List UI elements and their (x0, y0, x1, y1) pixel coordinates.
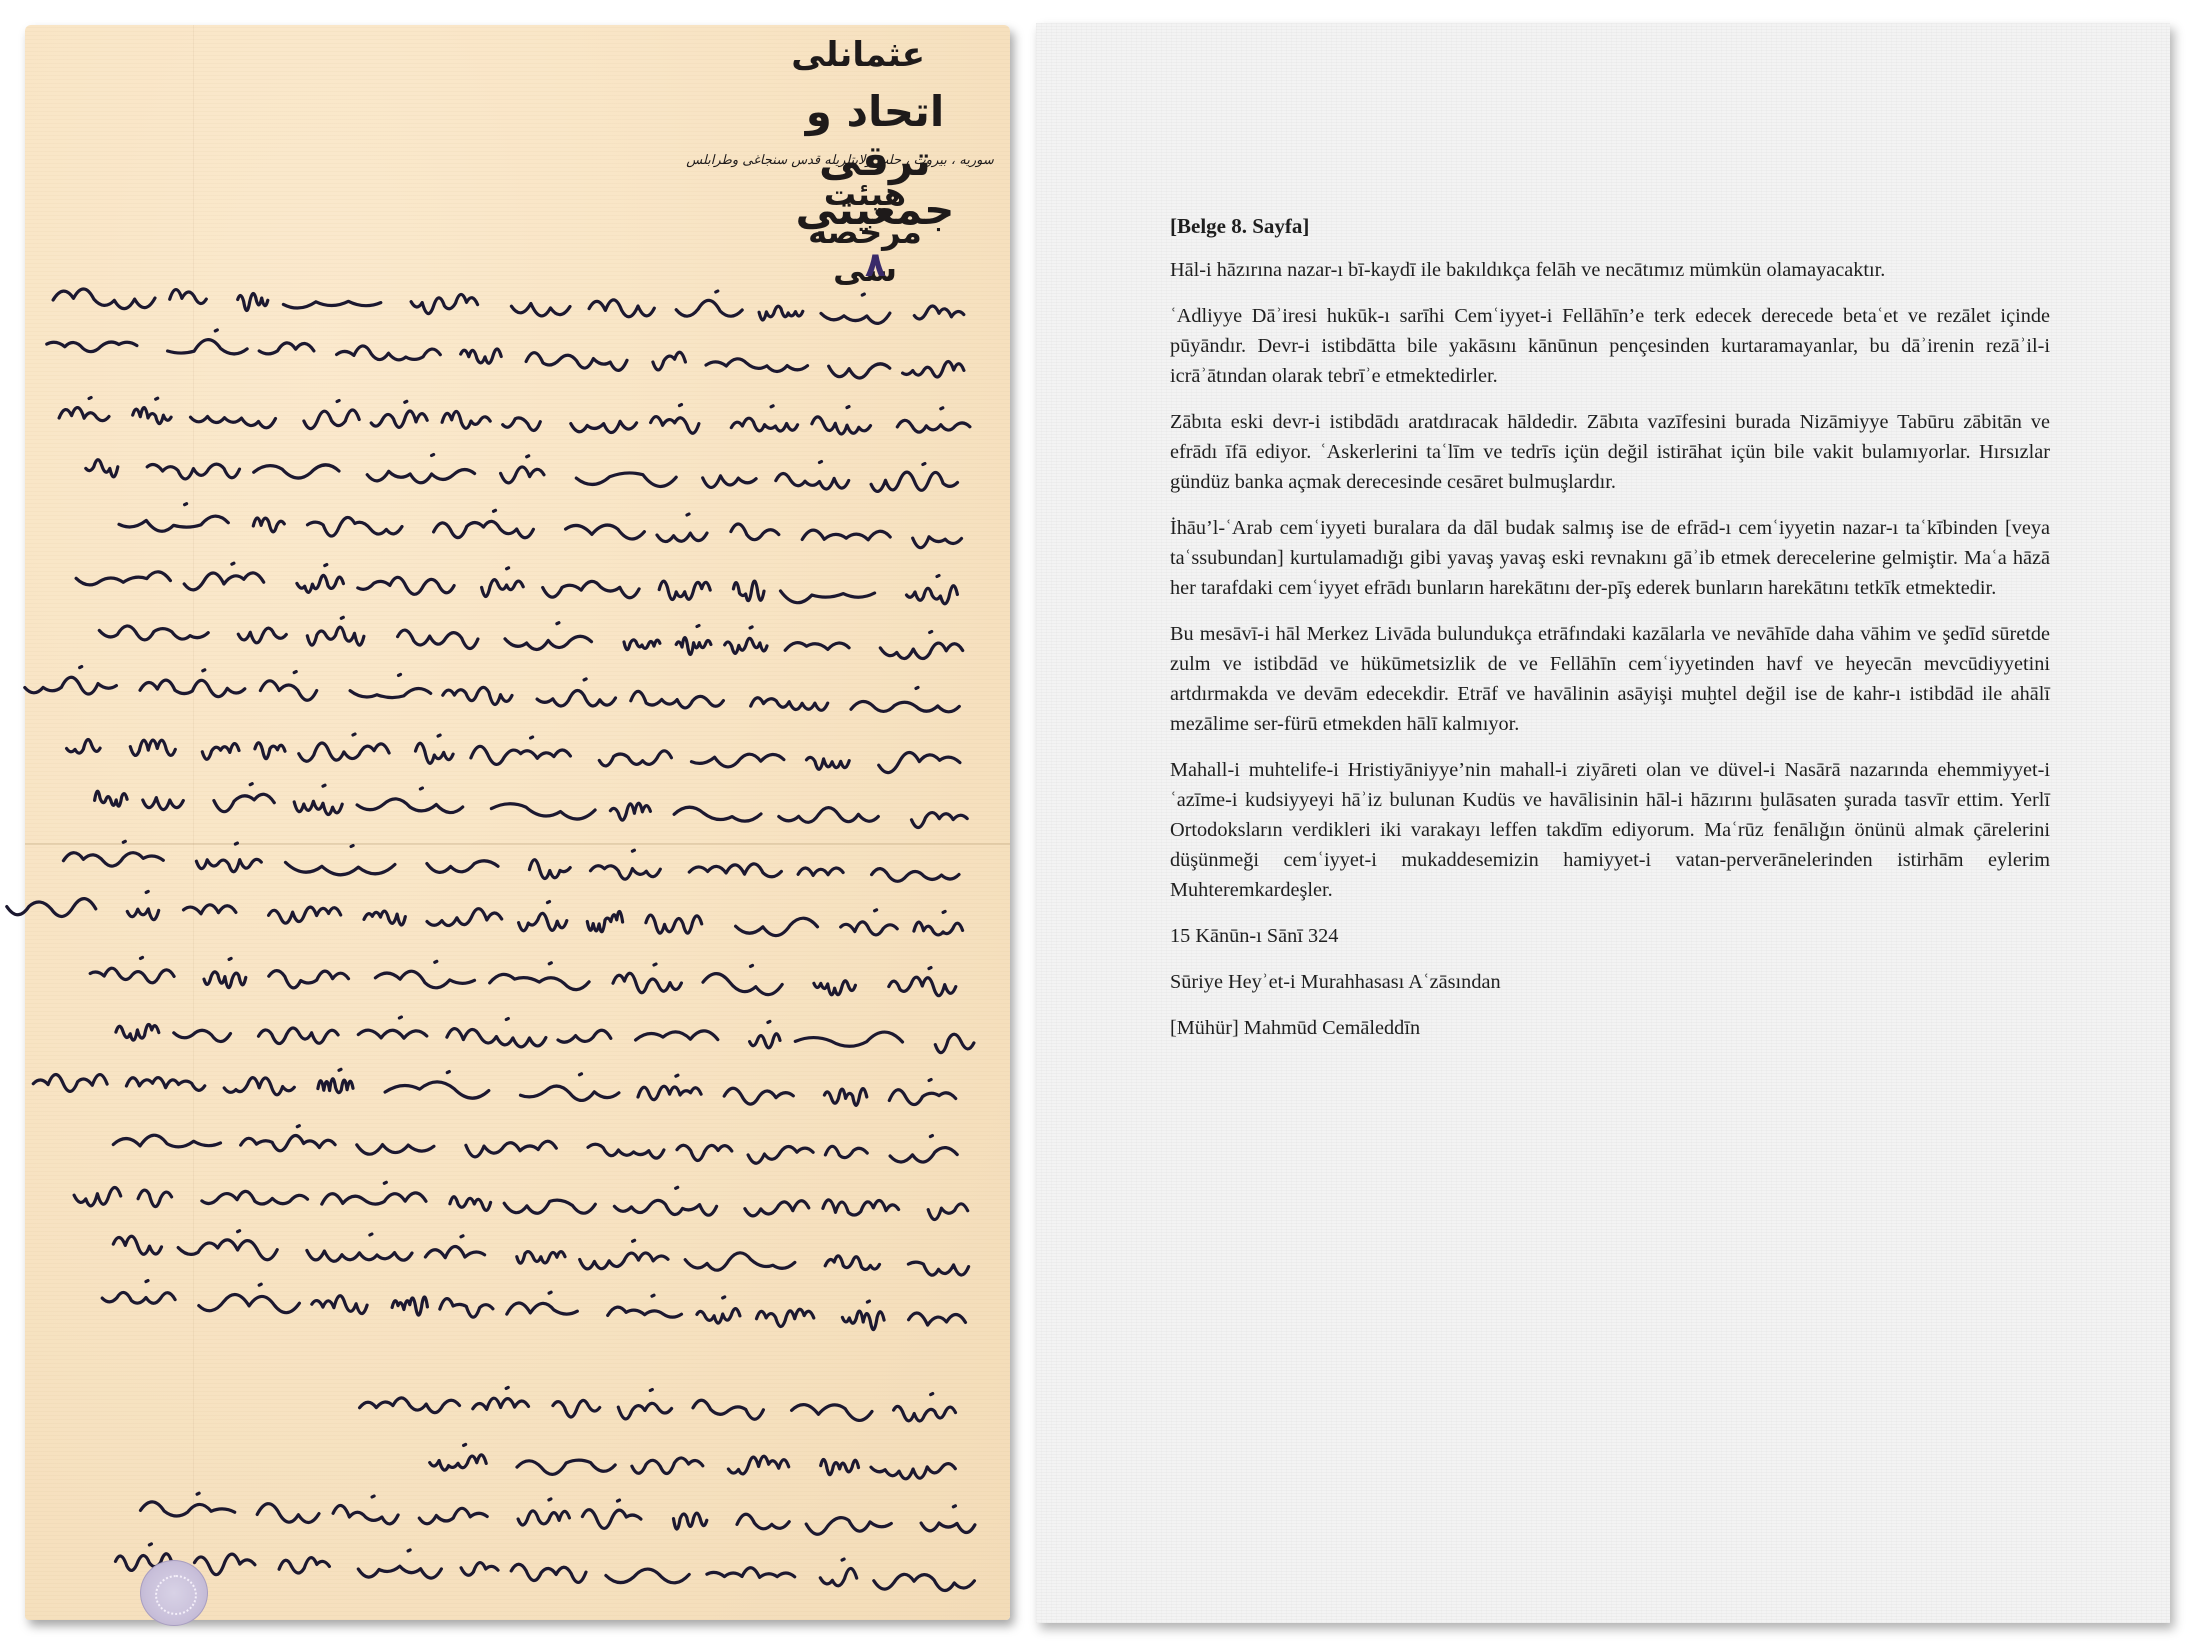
ink-stroke (65, 1125, 985, 1181)
manuscript-page-number: ٨ (865, 245, 886, 285)
ink-stroke (65, 733, 985, 789)
ink-stroke (65, 341, 985, 397)
ink-stroke (65, 1069, 985, 1125)
handwritten-line (65, 1237, 995, 1293)
handwritten-line (65, 1439, 995, 1495)
ink-stroke (65, 509, 985, 565)
round-seal-icon (140, 1560, 208, 1626)
handwritten-line (65, 1495, 995, 1551)
ink-stroke (65, 453, 985, 509)
ink-stroke (65, 1013, 985, 1069)
handwritten-line (65, 509, 995, 565)
paragraph-1: Hāl-i hāzırına nazar-ı bī-kaydī ile bakı… (1170, 255, 2050, 285)
ink-stroke (65, 1495, 985, 1551)
handwritten-line (65, 1013, 995, 1069)
handwritten-line (65, 1181, 995, 1237)
ink-stroke (65, 1439, 985, 1495)
ink-stroke (65, 285, 985, 341)
ink-stroke (65, 1293, 985, 1349)
ink-stroke (65, 789, 985, 845)
ink-stroke (65, 957, 985, 1013)
paragraph-3: Zābıta eski devr-i istibdādı aratdıracak… (1170, 407, 2050, 497)
paragraph-2: ʿAdliyye Dāʾiresi hukūk-ı sarīhi Cemʿiyy… (1170, 301, 2050, 391)
handwritten-line (65, 1069, 995, 1125)
ink-stroke (65, 397, 985, 453)
paragraph-6: Mahall-i muhtelife-i Hristiyāniyye’nin m… (1170, 755, 2050, 905)
handwritten-line (65, 565, 995, 621)
handwritten-line (65, 957, 995, 1013)
letterhead-ottoman: عثمانلی (815, 35, 925, 75)
handwritten-line (65, 1293, 995, 1383)
sender-title: Sūriye Heyʾet-i Murahhasası Aʿzāsından (1170, 967, 2050, 997)
manuscript-page: عثمانلی اتحاد و ترقی جمعیتی سوریه ، بیرو… (25, 25, 1010, 1620)
handwritten-line (65, 677, 995, 733)
handwritten-line (65, 789, 995, 845)
handwritten-text-body (65, 285, 995, 1607)
document-heading: [Belge 8. Sayfa] (1170, 211, 2050, 241)
ink-stroke (65, 677, 985, 733)
document-date: 15 Kānūn-ı Sānī 324 (1170, 921, 2050, 951)
handwritten-line (65, 1125, 995, 1181)
ink-stroke (65, 845, 985, 901)
paragraph-4: İhāu’l-ʿArab cemʿiyyeti buralara da dāl … (1170, 513, 2050, 603)
ink-stroke (65, 901, 985, 957)
ink-stroke (65, 1181, 985, 1237)
handwritten-line (65, 397, 995, 453)
letterhead-provinces: سوریه ، بیروت ، حلب ولایتلریله قدس سنجاغ… (675, 153, 1005, 168)
ink-stroke (65, 621, 985, 677)
ink-stroke (65, 1237, 985, 1293)
transcription-page: [Belge 8. Sayfa] Hāl-i hāzırına nazar-ı … (1036, 23, 2170, 1623)
signature: [Mühür] Mahmūd Cemāleddīn (1170, 1013, 2050, 1043)
handwritten-line (65, 845, 995, 901)
handwritten-line (65, 285, 995, 341)
ink-stroke (65, 1383, 985, 1439)
paragraph-5: Bu mesāvī-i hāl Merkez Livāda bulundukça… (1170, 619, 2050, 739)
handwritten-line (65, 1383, 995, 1439)
handwritten-line (65, 901, 995, 957)
handwritten-line (65, 453, 995, 509)
transcription-body: [Belge 8. Sayfa] Hāl-i hāzırına nazar-ı … (1170, 211, 2050, 1059)
ink-stroke (65, 565, 985, 621)
handwritten-line (65, 733, 995, 789)
handwritten-line (65, 341, 995, 397)
